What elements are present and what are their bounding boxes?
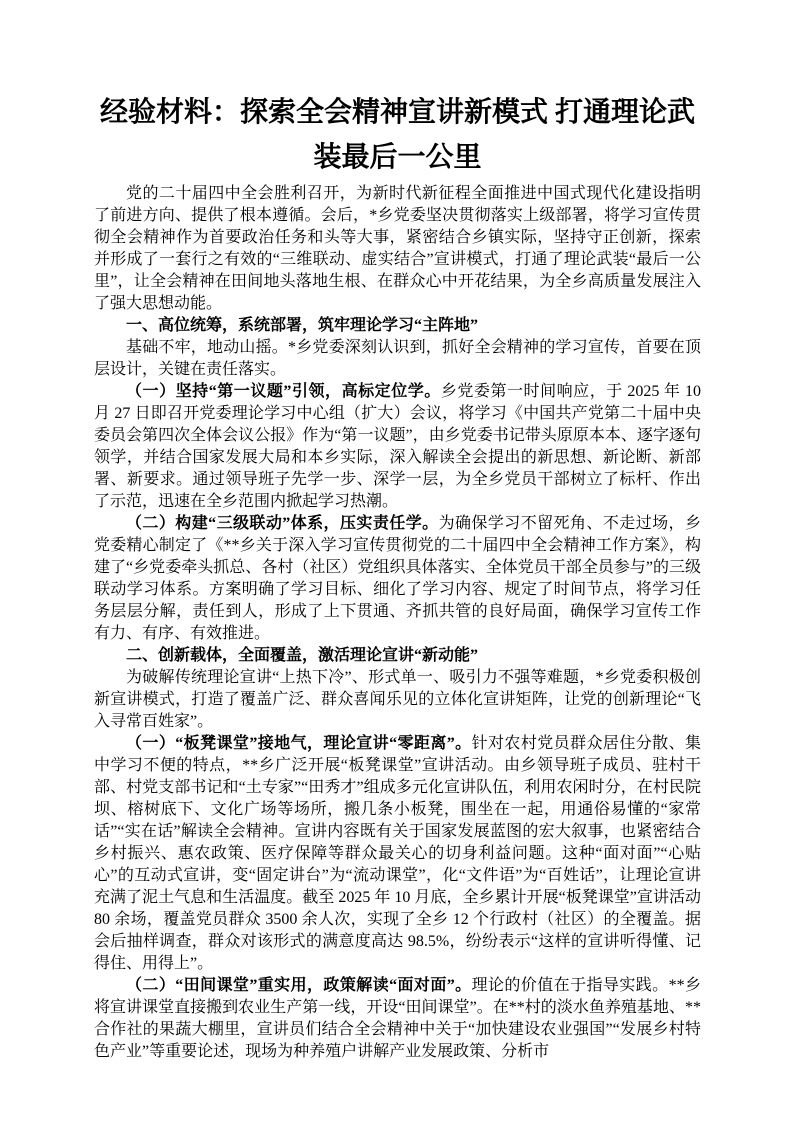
paragraph-section2-intro: 为破解传统理论宣讲“上热下冷”、形式单一、吸引力不强等难题，*乡党委积极创新宣讲…	[94, 667, 701, 733]
paragraph-intro: 党的二十届四中全会胜利召开，为新时代新征程全面推进中国式现代化建设指明了前进方向…	[94, 183, 701, 315]
paragraph-sub-1-2: （二）构建“三级联动”体系，压实责任学。为确保学习不留死角、不走过场，乡党委精心…	[94, 513, 701, 645]
document-body: 党的二十届四中全会胜利召开，为新时代新征程全面推进中国式现代化建设指明了前进方向…	[94, 183, 701, 1063]
paragraph-sub-1-1-text: 乡党委第一时间响应，于 2025 年 10 月 27 日即召开党委理论学习中心组…	[94, 383, 701, 510]
section-heading-1: 一、高位统筹，系统部署，筑牢理论学习“主阵地”	[94, 315, 701, 337]
paragraph-sub-2-1-text: 针对农村党员群众居住分散、集中学习不便的特点，**乡广泛开展“板凳课堂”宣讲活动…	[94, 735, 701, 972]
paragraph-sub-2-1: （一）“板凳课堂”接地气，理论宣讲“零距离”。针对农村党员群众居住分散、集中学习…	[94, 733, 701, 975]
paragraph-sub-1-1-lead: （一）坚持“第一议题”引领，高标定位学。	[126, 383, 441, 400]
paragraph-section1-intro: 基础不牢，地动山摇。*乡党委深刻认识到，抓好全会精神的学习宣传，首要在顶层设计，…	[94, 337, 701, 381]
paragraph-sub-2-2-lead: （二）“田间课堂”重实用，政策解读“面对面”。	[126, 977, 472, 994]
document-title: 经验材料：探索全会精神宣讲新模式 打通理论武装最后一公里	[94, 90, 701, 180]
paragraph-sub-1-2-lead: （二）构建“三级联动”体系，压实责任学。	[126, 515, 439, 532]
paragraph-sub-1-2-text: 为确保学习不留死角、不走过场，乡党委精心制定了《**乡关于深入学习宣传贯彻党的二…	[94, 515, 701, 642]
paragraph-sub-2-1-lead: （一）“板凳课堂”接地气，理论宣讲“零距离”。	[126, 735, 472, 752]
paragraph-sub-2-2: （二）“田间课堂”重实用，政策解读“面对面”。理论的价值在于指导实践。**乡将宣…	[94, 975, 701, 1063]
section-heading-2: 二、创新载体，全面覆盖，激活理论宣讲“新动能”	[94, 645, 701, 667]
paragraph-sub-1-1: （一）坚持“第一议题”引领，高标定位学。乡党委第一时间响应，于 2025 年 1…	[94, 381, 701, 513]
document-page: 经验材料：探索全会精神宣讲新模式 打通理论武装最后一公里 党的二十届四中全会胜利…	[0, 0, 793, 1121]
